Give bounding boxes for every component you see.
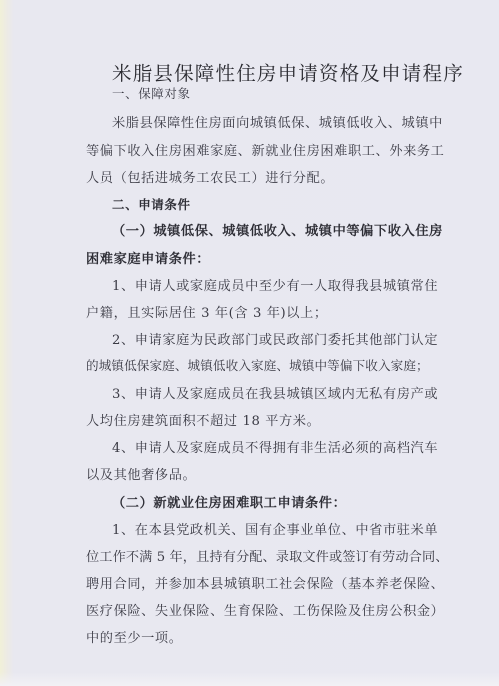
subsection-heading: （一）城镇低保、城镇低收入、城镇中等偏下收入住房 <box>112 220 443 239</box>
subsection-heading: （二）新就业住房困难职工申请条件： <box>112 492 346 511</box>
paragraph-line: 等偏下收入住房困难家庭、新就业住房困难职工、外来务工 <box>86 140 444 159</box>
list-item-line: 以及其他奢侈品。 <box>86 464 196 483</box>
list-item-line: 的城镇低保家庭、城镇低收入家庭、城镇中等偏下收入家庭； <box>86 355 429 374</box>
list-item-line: 聘用合同，并参加本县城镇职工社会保险（基本养老保险、 <box>86 573 444 592</box>
list-item-line: 中的至少一项。 <box>86 627 183 646</box>
list-item-line: 1、在本县党政机关、国有企事业单位、中省市驻米单 <box>112 519 438 538</box>
list-item-line: 2、申请家庭为民政部门或民政部门委托其他部门认定 <box>112 329 438 348</box>
list-item-line: 医疗保险、失业保险、生育保险、工伤保险及住房公积金） <box>86 600 444 619</box>
list-item-line: 4、申请人及家庭成员不得拥有非生活必须的高档汽车 <box>112 437 438 456</box>
list-item-line: 1、申请人或家庭成员中至少有一人取得我县城镇常住 <box>112 275 438 294</box>
list-item-line: 人均住房建筑面积不超过 18 平方米。 <box>86 410 320 429</box>
list-item-line: 位工作不满 5 年，且持有分配、录取文件或签订有劳动合同、 <box>86 546 449 565</box>
subsection-heading: 困难家庭申请条件： <box>86 248 210 267</box>
list-item-line: 户籍，且实际居住 3 年(含 3 年)以上； <box>86 302 328 321</box>
document-page: 米脂县保障性住房申请资格及申请程序 一、保障对象 米脂县保障性住房面向城镇低保、… <box>0 0 499 686</box>
list-item-line: 3、申请人及家庭成员在我县城镇区域内无私有房产或 <box>112 383 438 402</box>
document-title: 米脂县保障性住房申请资格及申请程序 <box>112 58 464 86</box>
paragraph-line: 米脂县保障性住房面向城镇低保、城镇低收入、城镇中 <box>112 112 443 131</box>
section-heading-conditions: 二、申请条件 <box>112 195 191 213</box>
paragraph-line: 人员（包括进城务工农民工）进行分配。 <box>86 167 334 186</box>
section-heading-coverage: 一、保障对象 <box>112 84 191 102</box>
